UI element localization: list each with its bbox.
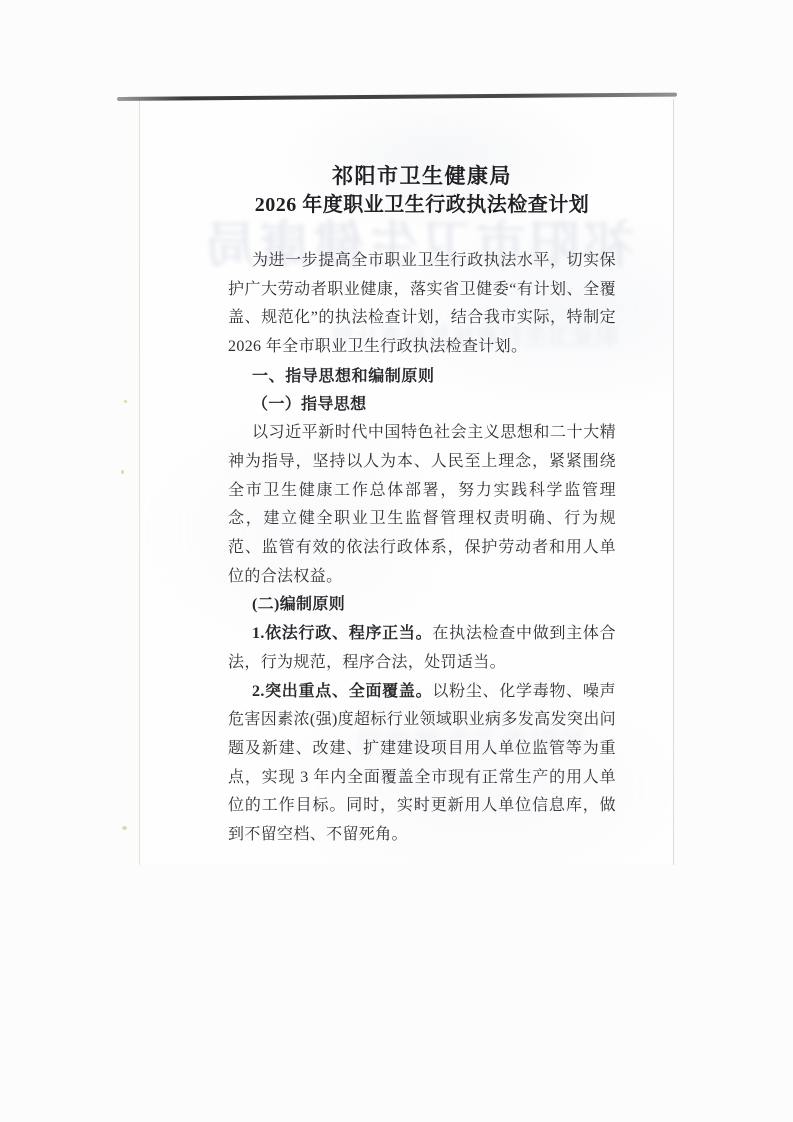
scan-speck bbox=[124, 400, 127, 403]
paragraph: 1.依法行政、程序正当。在执法检查中做到主体合法，行为规范，程序合法，处罚适当。 bbox=[228, 620, 616, 677]
scan-speck bbox=[121, 470, 124, 474]
document-title: 祁阳市卫生健康局 2026 年度职业卫生行政执法检查计划 bbox=[228, 161, 616, 220]
section-heading: (二)编制原则 bbox=[228, 591, 616, 620]
section-heading: （一）指导思想 bbox=[228, 391, 616, 420]
paragraph: 以习近平新时代中国特色社会主义思想和二十大精神为指导，坚持以人为本、人民至上理念… bbox=[228, 419, 616, 591]
document-title-line1: 祁阳市卫生健康局 bbox=[228, 161, 616, 191]
paragraph: 为进一步提高全市职业卫生行政执法水平，切实保护广大劳动者职业健康，落实省卫健委“… bbox=[228, 247, 616, 362]
paragraph: 2.突出重点、全面覆盖。以粉尘、化学毒物、噪声危害因素浓(强)度超标行业领域职业… bbox=[228, 678, 616, 850]
section-heading: 一、指导思想和编制原则 bbox=[228, 362, 616, 391]
document-body: 为进一步提高全市职业卫生行政执法水平，切实保护广大劳动者职业健康，落实省卫健委“… bbox=[228, 247, 616, 850]
scan-speck bbox=[122, 826, 127, 830]
document-title-line2: 2026 年度职业卫生行政执法检查计划 bbox=[228, 191, 616, 220]
scanned-document-page: 祁阳市卫生健康局 职业卫生行政执法检查计划 祁阳市卫生健康局 祁阳市卫生健康局 … bbox=[0, 0, 793, 1122]
page-number: 2 bbox=[406, 799, 428, 811]
